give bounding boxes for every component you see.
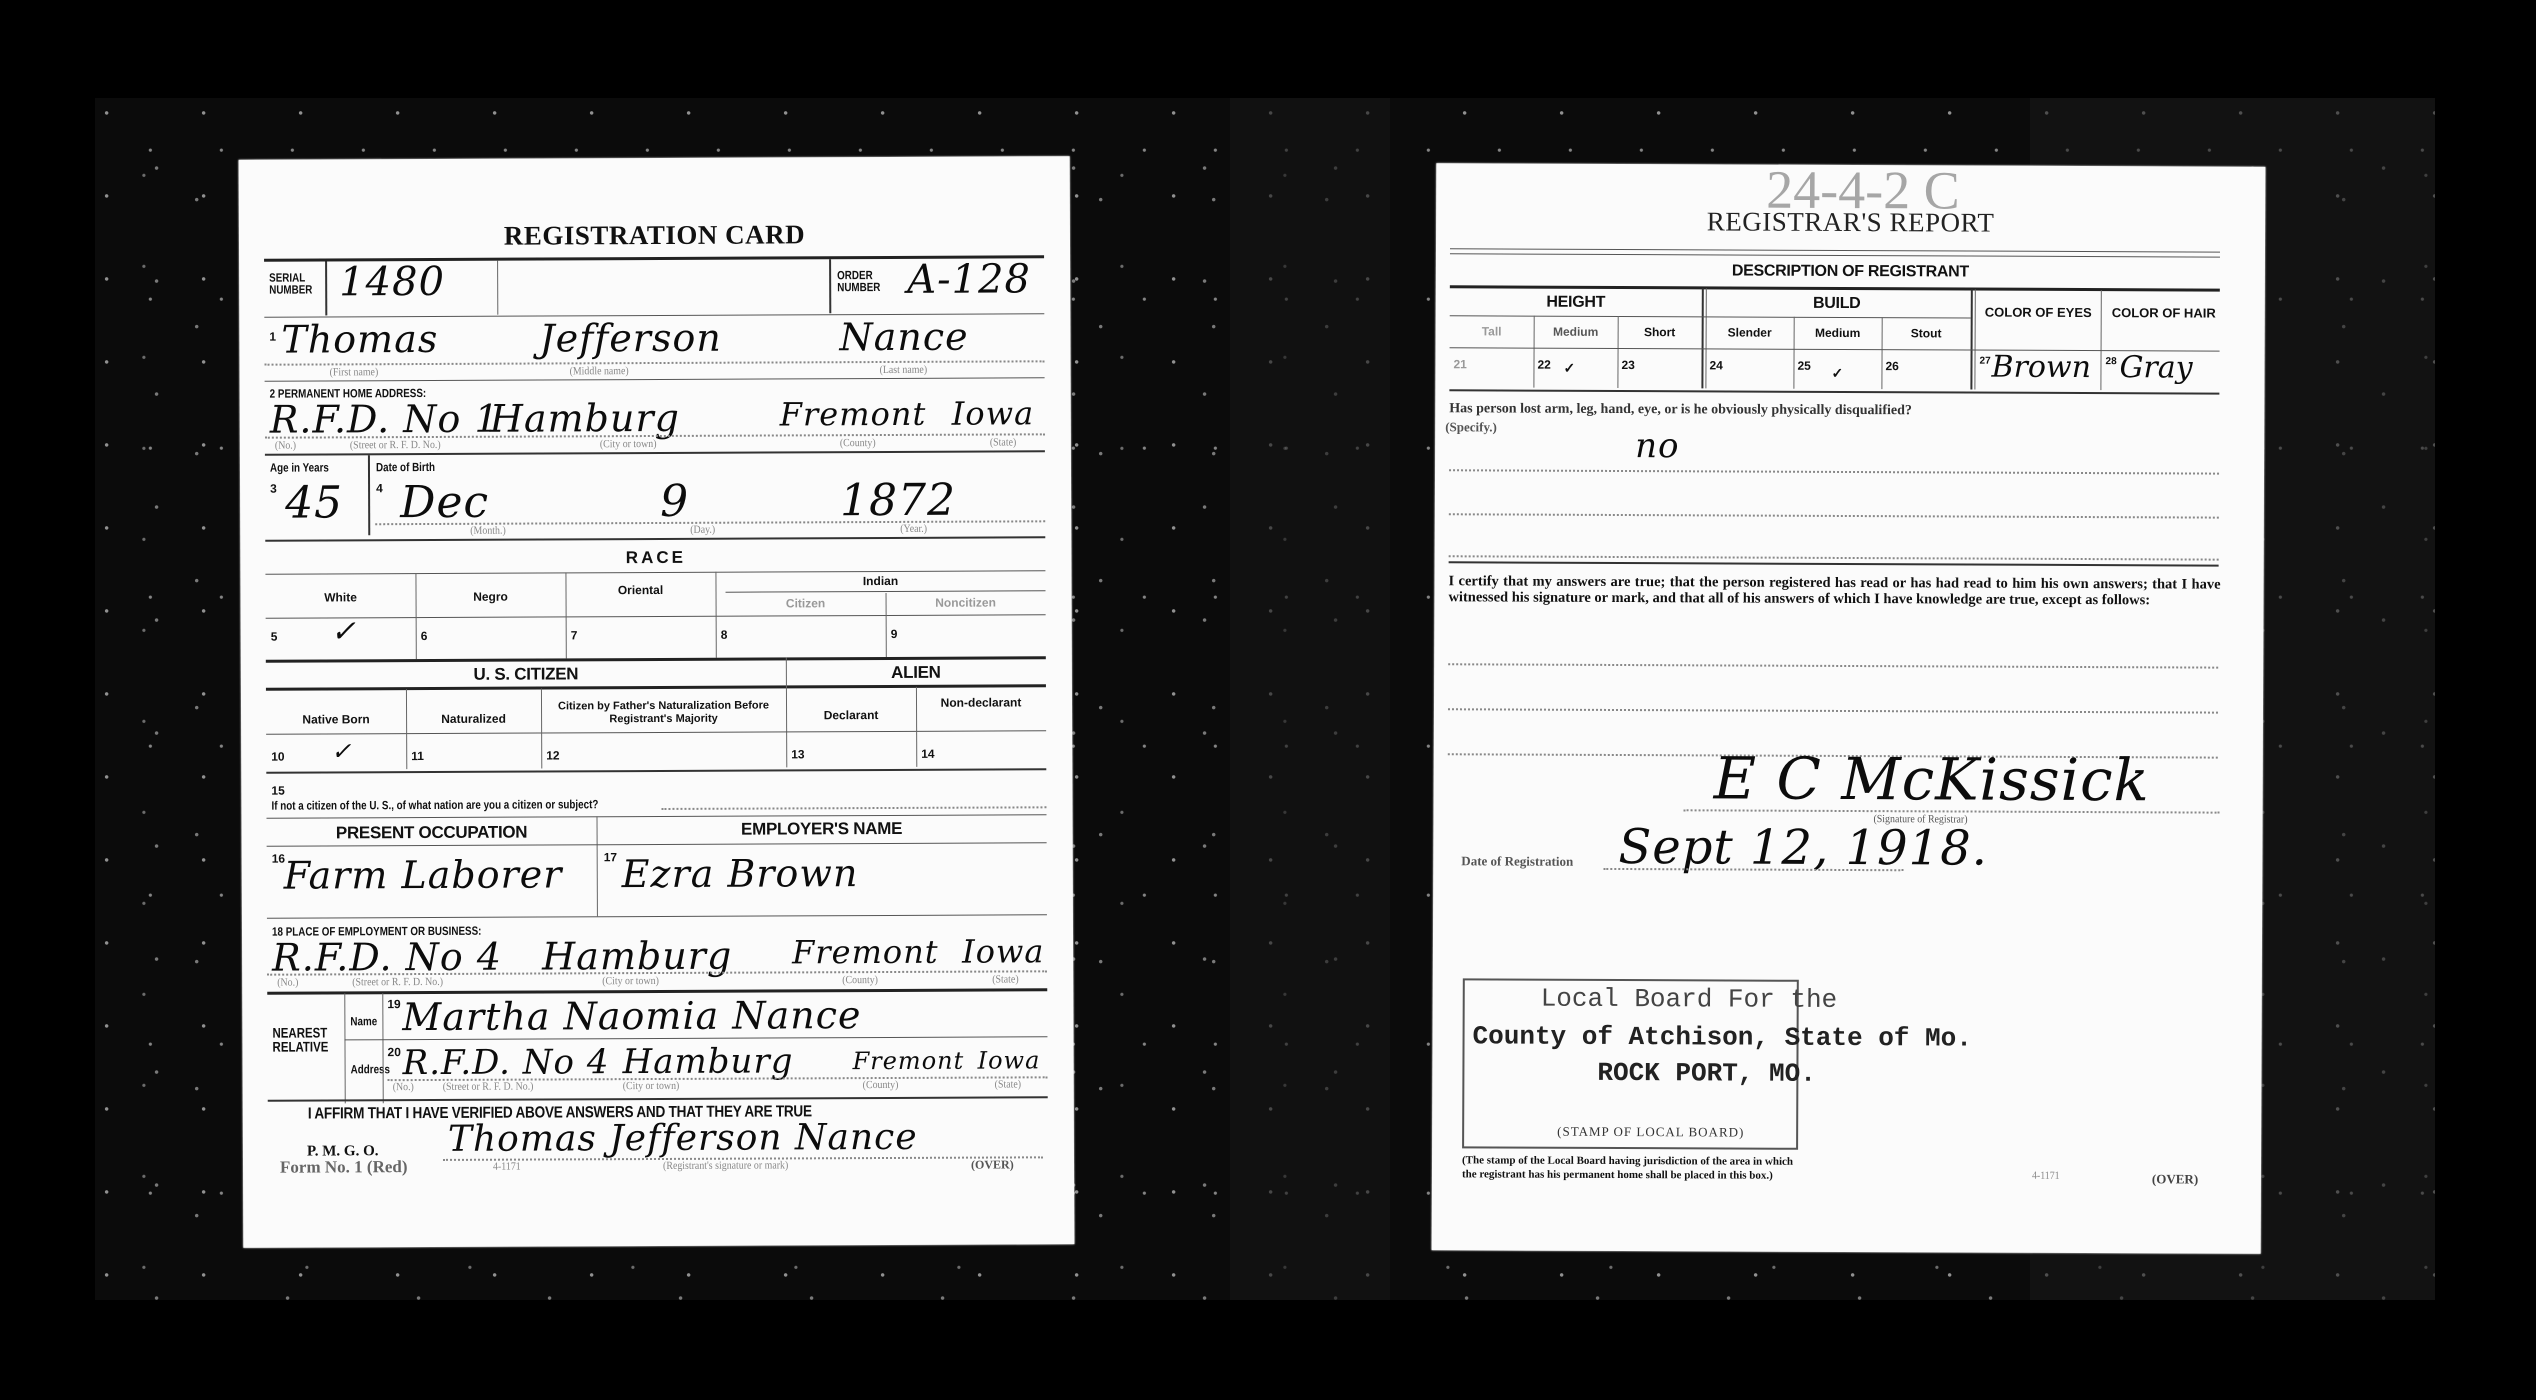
sub-label: (No.)	[277, 977, 298, 989]
divider	[1533, 316, 1534, 388]
field-number: 3	[270, 482, 277, 496]
age-label: Age in Years	[270, 461, 329, 473]
form-number: Form No. 1 (Red)	[280, 1159, 408, 1176]
native-born-label: Native Born	[266, 713, 406, 727]
field-number: 23	[1621, 358, 1634, 372]
divider	[415, 573, 416, 659]
age-value: 45	[285, 477, 343, 528]
last-name-value: Nance	[839, 315, 968, 360]
height-short-label: Short	[1618, 326, 1702, 339]
employment-address-county: Fremont	[792, 933, 939, 972]
divider	[406, 689, 407, 769]
registration-card: REGISTRATION CARD SERIAL NUMBER 1480 ORD…	[239, 156, 1075, 1248]
divider	[325, 261, 327, 315]
form-code: 4-1171	[493, 1161, 521, 1173]
height-header: HEIGHT	[1450, 293, 1702, 312]
employer-header: EMPLOYER'S NAME	[597, 818, 1047, 840]
stamp-footnote: (The stamp of the Local Board having jur…	[1462, 1153, 1802, 1182]
divider	[265, 536, 1045, 541]
divider	[266, 684, 1046, 690]
field-number: 9	[891, 627, 898, 641]
serial-number-value: 1480	[339, 259, 445, 305]
build-medium-checkmark: ✓	[1831, 365, 1843, 382]
divider	[266, 730, 1046, 734]
build-slender-label: Slender	[1706, 326, 1794, 339]
physical-disqualification-question: Has person lost arm, leg, hand, eye, or …	[1449, 401, 1912, 419]
field-number: 15	[271, 784, 284, 798]
citizen-by-father-label: Citizen by Father's Naturalization Befor…	[541, 699, 786, 726]
field-number: 10	[271, 750, 284, 764]
signature-label: (Registrant's signature or mark)	[663, 1159, 788, 1172]
stamp-line-3: ROCK PORT, MO.	[1597, 1058, 1816, 1089]
sub-label: (No.)	[393, 1081, 414, 1093]
eye-color-value: Brown	[1991, 350, 2091, 385]
dob-month-value: Dec	[400, 477, 489, 528]
divider	[829, 259, 831, 313]
registrar-report-card: 24-4-2 C REGISTRAR'S REPORT DESCRIPTION …	[1432, 163, 2266, 1254]
hair-color-value: Gray	[2119, 350, 2192, 385]
sub-label: (Month.)	[470, 525, 506, 537]
build-header: BUILD	[1706, 294, 1968, 313]
divider	[1449, 513, 2219, 518]
home-address-county: Fremont	[780, 395, 927, 434]
sub-label: (City or town)	[623, 1080, 680, 1092]
height-medium-checkmark: ✓	[1563, 360, 1575, 377]
card-title: REGISTRATION CARD	[239, 218, 1070, 253]
field-number: 7	[571, 628, 578, 642]
sub-label: (No.)	[275, 440, 296, 452]
serial-number-label: SERIAL NUMBER	[269, 271, 318, 295]
certification-text: I certify that my answers are true; that…	[1448, 573, 2220, 608]
native-born-checkmark: ✓	[331, 737, 351, 765]
form-code: 4-1171	[2032, 1170, 2060, 1182]
divider	[1701, 288, 1703, 388]
over-label: (OVER)	[971, 1156, 1014, 1172]
us-citizen-header: U. S. CITIZEN	[266, 663, 786, 685]
sub-label: (Year.)	[900, 523, 927, 535]
relative-address-state: Iowa	[978, 1046, 1041, 1074]
divider	[1450, 248, 2220, 252]
sub-label: (County)	[840, 437, 876, 449]
divider	[1449, 555, 2219, 560]
declarant-label: Declarant	[786, 709, 916, 723]
sub-label: (Street or R. F. D. No.)	[350, 439, 441, 451]
divider	[661, 806, 1046, 810]
divider	[1449, 389, 2219, 394]
divider	[1450, 315, 1971, 318]
divider	[368, 455, 370, 535]
employer-value: Ezra Brown	[622, 851, 859, 896]
nation-question-label: If not a citizen of the U. S., of what n…	[271, 798, 598, 811]
field-number: 8	[721, 628, 728, 642]
race-column-negro: Negro	[416, 590, 566, 604]
field-number: 19	[387, 997, 400, 1011]
alien-header: ALIEN	[786, 662, 1046, 683]
relative-address-no: R.F.D. No 4	[402, 1042, 609, 1083]
sub-label: (State)	[995, 1078, 1021, 1090]
middle-name-value: Jefferson	[539, 316, 722, 361]
field-number: 17	[604, 850, 617, 864]
build-stout-label: Stout	[1882, 327, 1971, 340]
field-number: 13	[791, 747, 804, 761]
height-medium-label: Medium	[1534, 326, 1618, 339]
field-number: 26	[1885, 359, 1898, 373]
order-number-value: A-128	[907, 256, 1031, 303]
divider	[2100, 290, 2101, 390]
field-number: 12	[546, 748, 559, 762]
divider	[1450, 285, 2220, 291]
report-title: REGISTRAR'S REPORT	[1436, 205, 2265, 240]
stamp-line-1: Local Board For the	[1541, 984, 1838, 1015]
registrant-signature: Thomas Jefferson Nance	[448, 1117, 918, 1160]
dob-year-value: 1872	[840, 475, 956, 527]
field-number: 21	[1453, 357, 1466, 371]
divider	[1450, 347, 2220, 351]
sub-label: (County)	[842, 974, 878, 986]
sub-label: (Street or R. F. D. No.)	[443, 1081, 534, 1093]
sub-label: (Street or R. F. D. No.)	[352, 976, 443, 988]
field-number: 4	[376, 481, 383, 495]
sub-label: (State)	[992, 973, 1018, 985]
divider	[266, 656, 1046, 662]
height-tall-label: Tall	[1450, 325, 1534, 338]
date-of-registration-label: Date of Registration	[1461, 853, 1573, 869]
home-address-city: Hamburg	[490, 396, 680, 441]
sub-label: (Day.)	[690, 524, 715, 536]
sub-label: (State)	[990, 436, 1016, 448]
over-label: (OVER)	[2152, 1171, 2198, 1187]
divider	[1450, 253, 2220, 257]
divider	[1793, 317, 1794, 389]
field-number: 28	[2105, 356, 2116, 367]
eye-color-header: COLOR OF EYES	[1976, 306, 2101, 320]
microfilm-background-strip	[1230, 98, 1390, 1300]
field-number: 11	[411, 749, 424, 763]
relative-address-county: Fremont	[853, 1047, 965, 1075]
divider	[1448, 663, 2218, 668]
white-checkmark: ✓	[331, 614, 356, 649]
first-name-label: (First name)	[330, 366, 379, 378]
divider	[1881, 317, 1882, 389]
divider	[266, 768, 1046, 773]
physical-disqualification-value: no	[1635, 426, 1680, 466]
divider	[344, 993, 345, 1103]
relative-name-value: Martha Naomia Nance	[402, 993, 861, 1039]
description-header: DESCRIPTION OF REGISTRANT	[1436, 261, 2265, 283]
divider	[382, 993, 383, 1103]
divider	[268, 1096, 1048, 1101]
order-number-label: ORDER NUMBER	[837, 269, 895, 293]
divider	[266, 614, 1046, 618]
indian-noncitizen-label: Noncitizen	[886, 596, 1046, 610]
field-number: 1	[269, 330, 276, 344]
dob-day-value: 9	[660, 476, 689, 527]
field-number: 25	[1797, 359, 1810, 373]
sub-label: (County)	[863, 1079, 899, 1091]
hair-color-header: COLOR OF HAIR	[2104, 306, 2224, 320]
occupation-header: PRESENT OCCUPATION	[267, 822, 597, 843]
first-name-value: Thomas	[281, 317, 438, 362]
nearest-relative-label: NEAREST RELATIVE	[272, 1025, 342, 1053]
employment-address-state: Iowa	[962, 932, 1045, 970]
sub-label: (City or town)	[600, 438, 657, 450]
indian-citizen-label: Citizen	[726, 597, 886, 611]
field-number: 14	[921, 747, 934, 761]
divider	[1449, 469, 2219, 474]
divider	[1448, 708, 2218, 713]
non-declarant-label: Non-declarant	[916, 696, 1046, 710]
specify-label: (Specify.)	[1445, 419, 1497, 435]
sub-label: (City or town)	[602, 975, 659, 987]
divider	[1449, 561, 2219, 566]
registrar-signature: E C McKissick	[1714, 744, 2150, 814]
occupation-value: Farm Laborer	[284, 852, 563, 897]
home-address-state: Iowa	[952, 394, 1035, 432]
last-name-label: (Last name)	[880, 364, 928, 376]
stamp-line-2: County of Atchison, State of Mo.	[1473, 1021, 1972, 1053]
build-medium-label: Medium	[1794, 327, 1882, 340]
divider	[1974, 290, 1975, 390]
race-column-white: White	[266, 591, 416, 605]
divider	[1617, 316, 1618, 388]
race-header: RACE	[240, 546, 1071, 570]
field-number: 24	[1709, 358, 1722, 372]
field-number: 5	[271, 630, 278, 644]
field-number: 6	[421, 629, 428, 643]
field-number: 27	[1979, 356, 1990, 367]
relative-address-city: Hamburg	[622, 1041, 793, 1082]
race-column-indian: Indian	[715, 574, 1045, 588]
divider	[1970, 290, 1972, 390]
divider	[265, 377, 1045, 381]
stamp-caption: (STAMP OF LOCAL BOARD)	[1557, 1124, 1744, 1141]
field-number: 22	[1537, 358, 1550, 372]
naturalized-label: Naturalized	[406, 713, 541, 727]
relative-name-label: Name	[350, 1015, 377, 1027]
field-number: 20	[387, 1045, 400, 1059]
relative-address-label: Address	[351, 1063, 390, 1075]
divider	[497, 261, 498, 315]
dob-label: Date of Birth	[376, 461, 435, 473]
race-column-oriental: Oriental	[565, 584, 715, 598]
divider	[267, 914, 1047, 918]
middle-name-label: (Middle name)	[570, 365, 629, 377]
